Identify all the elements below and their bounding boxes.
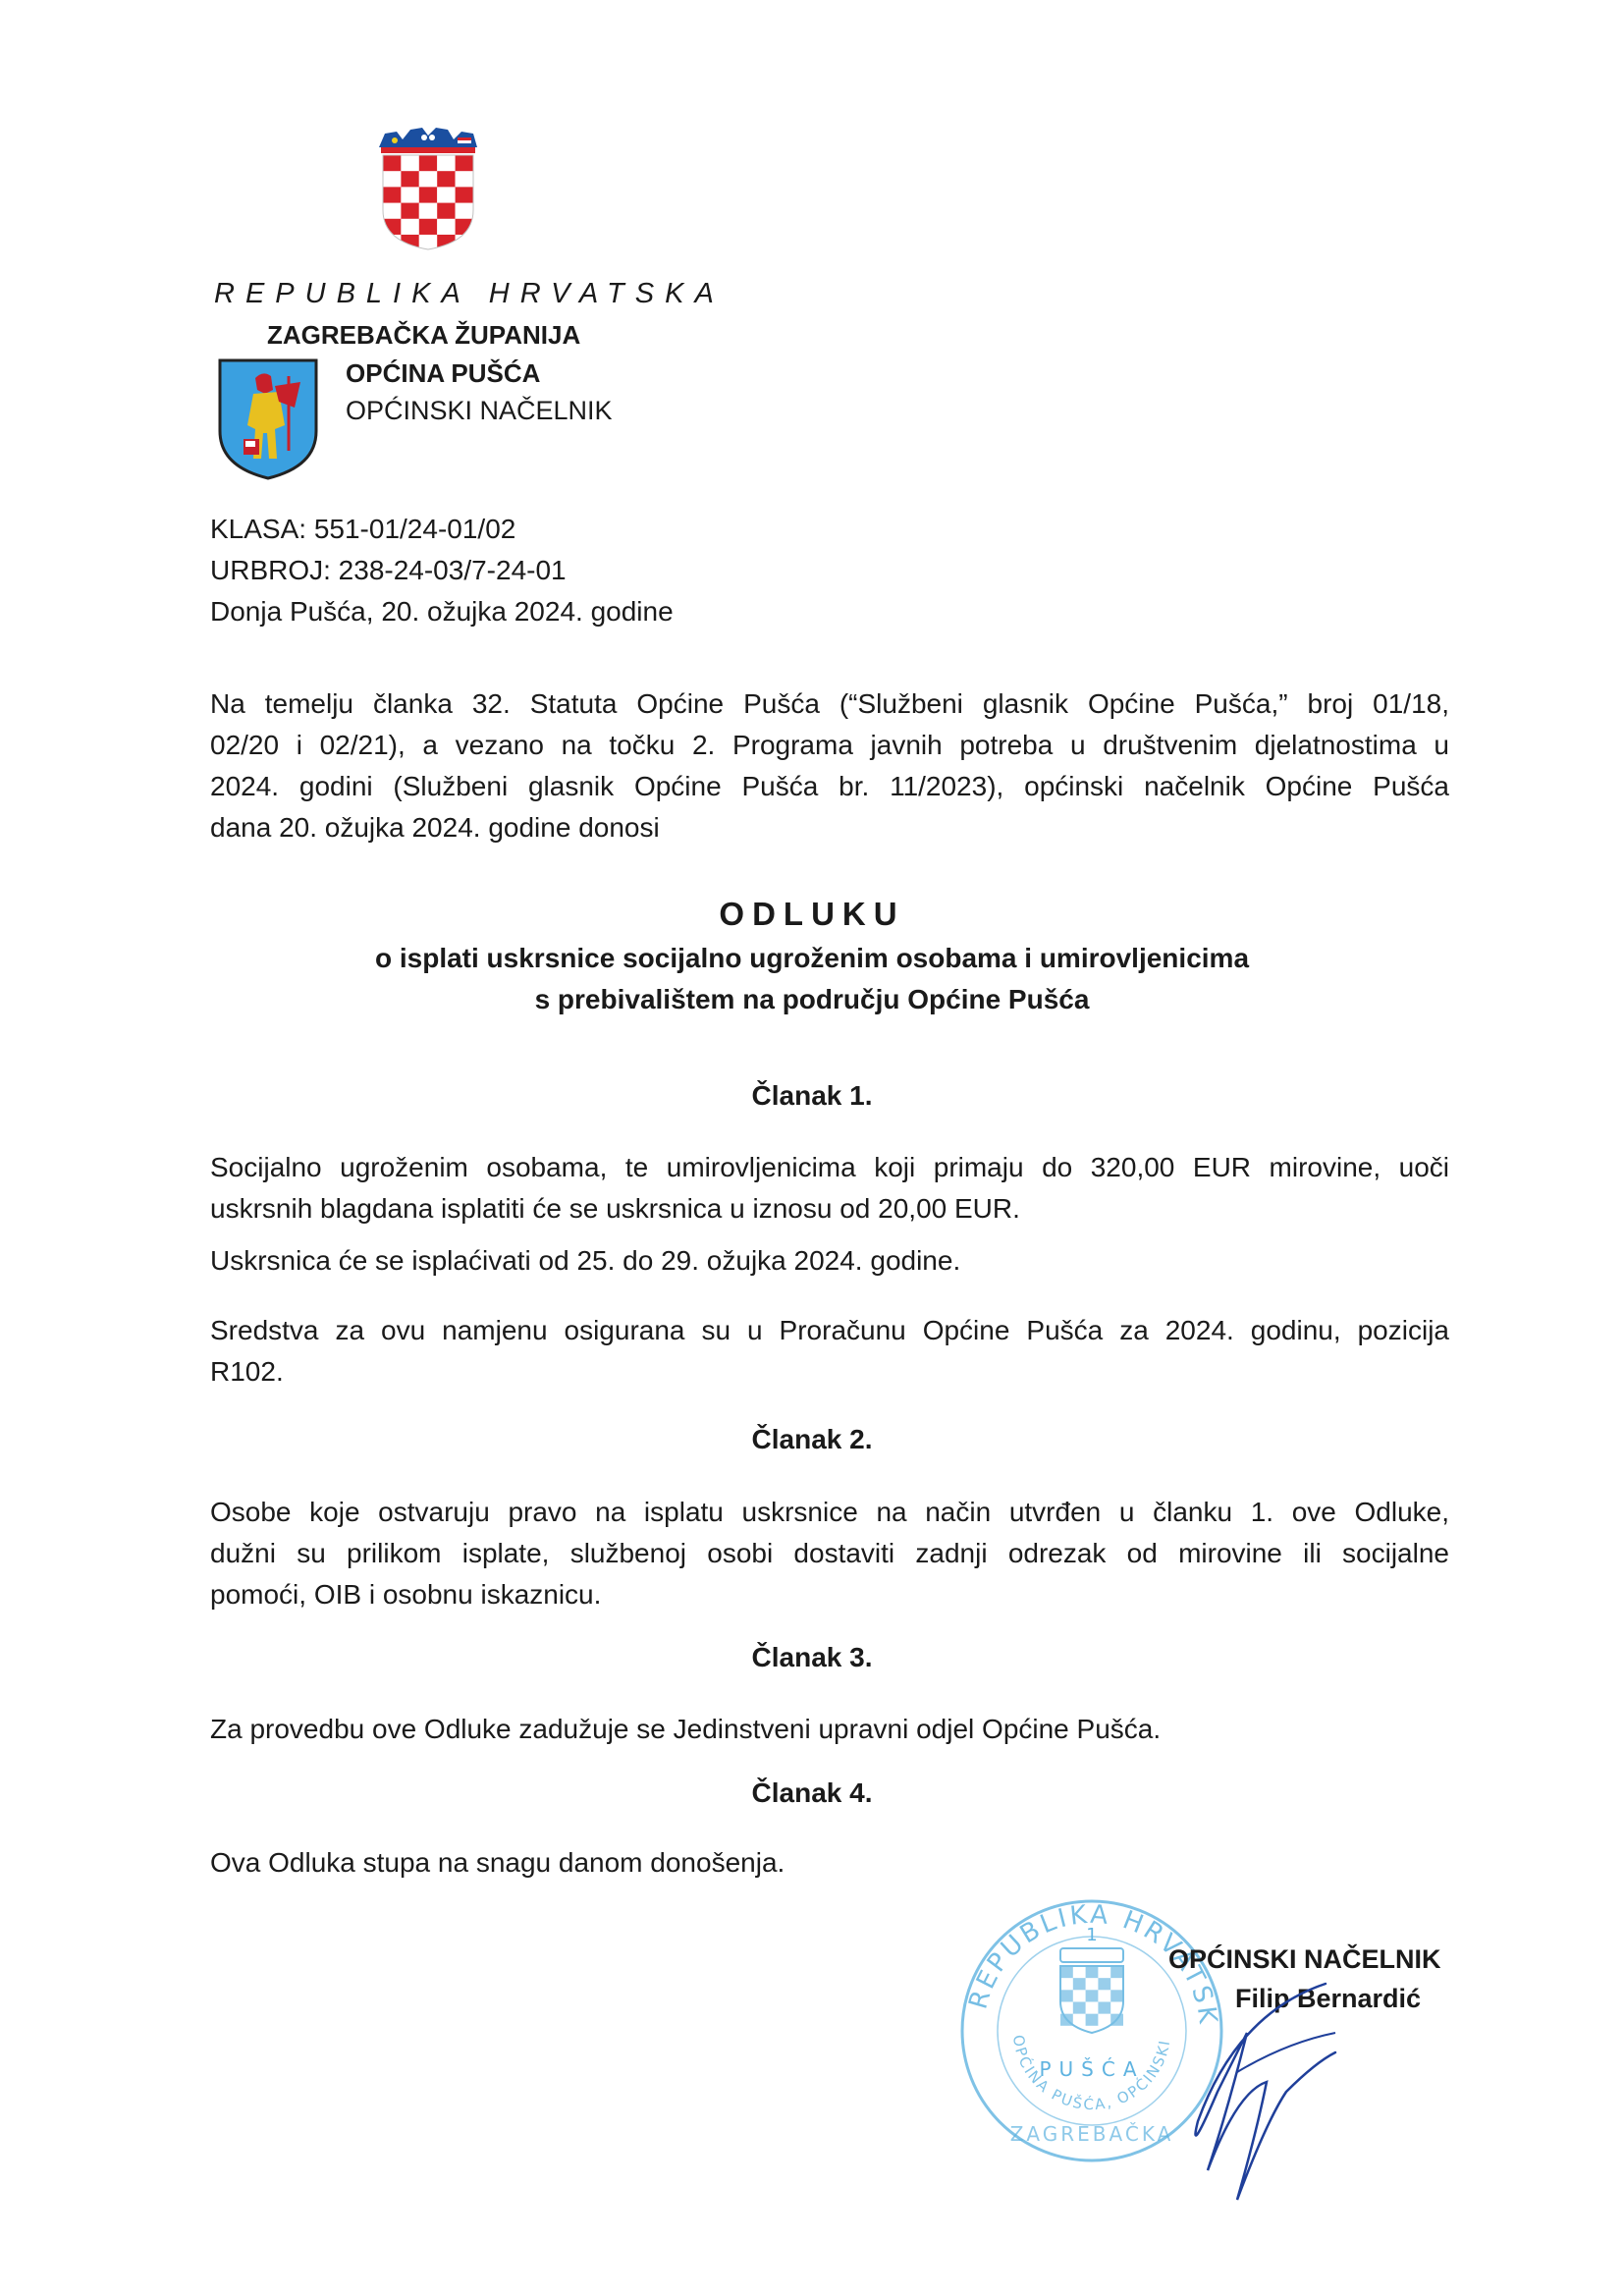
croatia-coat-of-arms-icon xyxy=(375,126,481,251)
article-1-paragraph: Socijalno ugroženim osobama, te umirovlj… xyxy=(210,1147,1449,1230)
paragraph-line: Ova Odluka stupa na snagu danom donošenj… xyxy=(210,1842,1449,1884)
paragraph-line: Sredstva za ovu namjenu osigurana su u P… xyxy=(210,1310,1449,1351)
county-name: ZAGREBAČKA ŽUPANIJA xyxy=(267,320,580,351)
paragraph-line: R102. xyxy=(210,1351,1449,1393)
handwritten-signature-icon xyxy=(1178,1974,1345,2210)
municipality-name: OPĆINA PUŠĆA xyxy=(346,358,540,389)
preamble: Na temelju članka 32. Statuta Općine Puš… xyxy=(210,683,1449,848)
decision-title: ODLUKU xyxy=(0,896,1624,933)
document-meta: KLASA: 551-01/24-01/02 URBROJ: 238-24-03… xyxy=(210,509,674,632)
paragraph-line: pomoći, OIB i osobnu iskaznicu. xyxy=(210,1574,1449,1615)
paragraph-line: dužni su prilikom isplate, službenoj oso… xyxy=(210,1533,1449,1574)
paragraph-line: Uskrsnica će se isplaćivati od 25. do 29… xyxy=(210,1240,1449,1282)
svg-text:ZAGREBAČKA: ZAGREBAČKA xyxy=(1010,2122,1174,2146)
decision-subtitle: s prebivalištem na području Općine Pušća xyxy=(0,984,1624,1015)
svg-text:1: 1 xyxy=(1086,1925,1097,1945)
paragraph-line: Osobe koje ostvaruju pravo na isplatu us… xyxy=(210,1492,1449,1533)
decision-subtitle: o isplati uskrsnice socijalno ugroženim … xyxy=(0,943,1624,974)
country-name: REPUBLIKA HRVATSKA xyxy=(214,278,725,310)
article-2-heading: Članak 2. xyxy=(0,1424,1624,1455)
paragraph-line: Socijalno ugroženim osobama, te umirovlj… xyxy=(210,1147,1449,1188)
preamble-line: Na temelju članka 32. Statuta Općine Puš… xyxy=(210,683,1449,725)
paragraph-line: Za provedbu ove Odluke zadužuje se Jedin… xyxy=(210,1709,1449,1750)
article-3-paragraph: Za provedbu ove Odluke zadužuje se Jedin… xyxy=(210,1709,1449,1750)
preamble-line: 02/20 i 02/21), a vezano na točku 2. Pro… xyxy=(210,725,1449,766)
article-1-paragraph: Sredstva za ovu namjenu osigurana su u P… xyxy=(210,1310,1449,1393)
pusca-coat-of-arms-icon xyxy=(216,356,320,480)
place-date: Donja Pušća, 20. ožujka 2024. godine xyxy=(210,591,674,632)
article-1-paragraph: Uskrsnica će se isplaćivati od 25. do 29… xyxy=(210,1240,1449,1282)
article-1-heading: Članak 1. xyxy=(0,1080,1624,1112)
article-3-heading: Članak 3. xyxy=(0,1642,1624,1673)
paragraph-line: uskrsnih blagdana isplatiti će se uskrsn… xyxy=(210,1188,1449,1230)
article-2-paragraph: Osobe koje ostvaruju pravo na isplatu us… xyxy=(210,1492,1449,1615)
signatory-title: OPĆINSKI NAČELNIK xyxy=(1168,1944,1441,1975)
article-4-heading: Članak 4. xyxy=(0,1777,1624,1809)
office-name: OPĆINSKI NAČELNIK xyxy=(346,396,613,426)
article-4-paragraph: Ova Odluka stupa na snagu danom donošenj… xyxy=(210,1842,1449,1884)
preamble-line: 2024. godini (Službeni glasnik Općine Pu… xyxy=(210,766,1449,807)
klasa: KLASA: 551-01/24-01/02 xyxy=(210,509,674,550)
urbroj: URBROJ: 238-24-03/7-24-01 xyxy=(210,550,674,591)
svg-text:PUŠĆA: PUŠĆA xyxy=(1039,2057,1144,2081)
preamble-line: dana 20. ožujka 2024. godine donosi xyxy=(210,807,1449,848)
